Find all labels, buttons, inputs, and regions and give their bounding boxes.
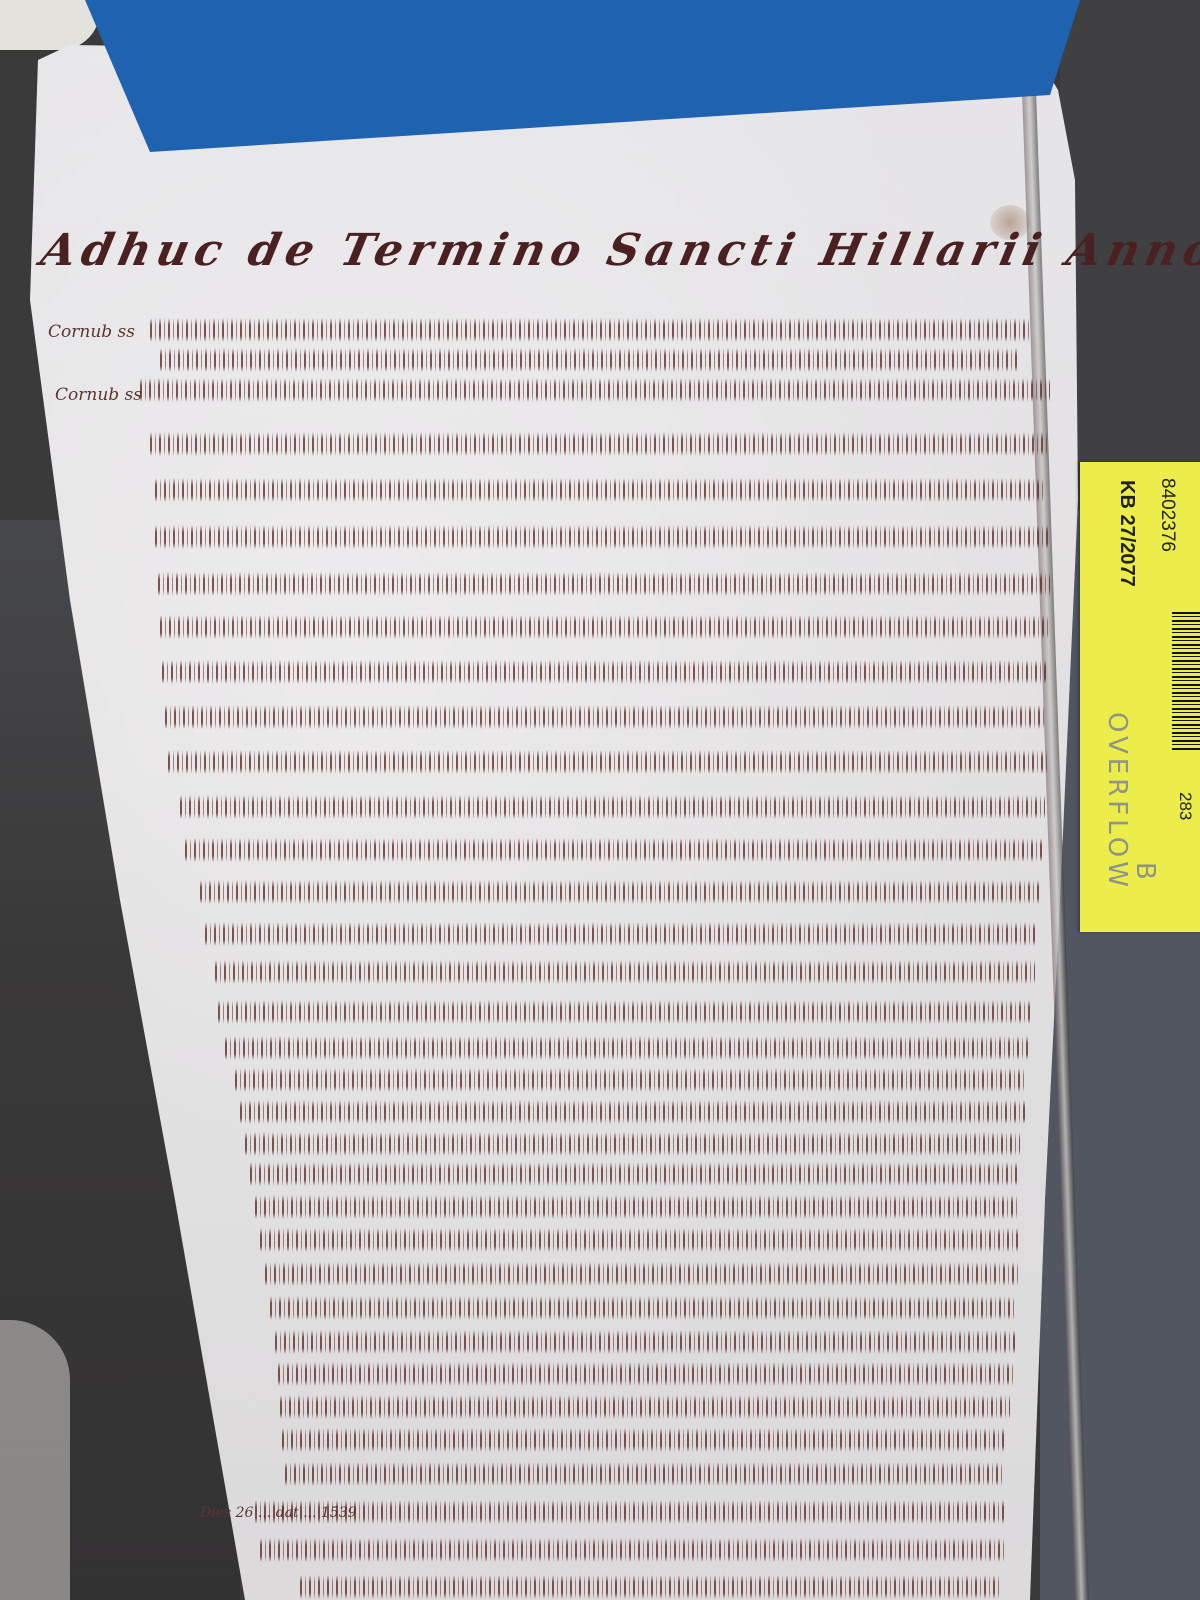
- text-line: [235, 1068, 1025, 1092]
- text-line: [278, 1362, 1013, 1386]
- text-line: [260, 1538, 1005, 1562]
- text-line: [185, 838, 1045, 862]
- text-line: [205, 922, 1035, 946]
- handwritten-note: OVERFLOW: [1102, 712, 1132, 891]
- text-line: [255, 1500, 1005, 1524]
- text-line: [255, 1195, 1020, 1219]
- barcode-icon: [1172, 612, 1200, 752]
- text-line: [155, 478, 1045, 502]
- text-line: [160, 615, 1050, 639]
- text-line: [200, 880, 1040, 904]
- text-line: [215, 960, 1035, 984]
- text-line: [168, 750, 1048, 774]
- text-line: [218, 1000, 1030, 1024]
- archive-item-number: 8402376: [1156, 478, 1178, 552]
- text-line: [180, 795, 1045, 819]
- text-line: [285, 1462, 1005, 1486]
- text-line: [275, 1330, 1015, 1354]
- archive-page-number: 283: [1175, 792, 1195, 820]
- text-line: [140, 378, 1050, 402]
- text-line: [270, 1296, 1015, 1320]
- text-line: [260, 1228, 1020, 1252]
- text-line: [150, 318, 1030, 342]
- text-line: [150, 432, 1050, 456]
- archive-label: KB 27/2077 8402376 OVERFLOW 283 B: [1080, 462, 1200, 932]
- text-line: [300, 1575, 1000, 1599]
- text-line: [265, 1262, 1020, 1286]
- manuscript-text-body: [0, 0, 1200, 1600]
- text-line: [245, 1132, 1020, 1156]
- text-line: [240, 1100, 1025, 1124]
- text-line: [160, 348, 1020, 372]
- text-line: [280, 1395, 1010, 1419]
- text-line: [162, 660, 1047, 684]
- text-line: [225, 1036, 1030, 1060]
- archive-reference: KB 27/2077: [1115, 480, 1138, 587]
- handwritten-letter: B: [1130, 862, 1160, 880]
- text-line: [282, 1428, 1007, 1452]
- text-line: [158, 572, 1050, 596]
- text-line: [250, 1162, 1020, 1186]
- text-line: [165, 705, 1045, 729]
- text-line: [155, 525, 1050, 549]
